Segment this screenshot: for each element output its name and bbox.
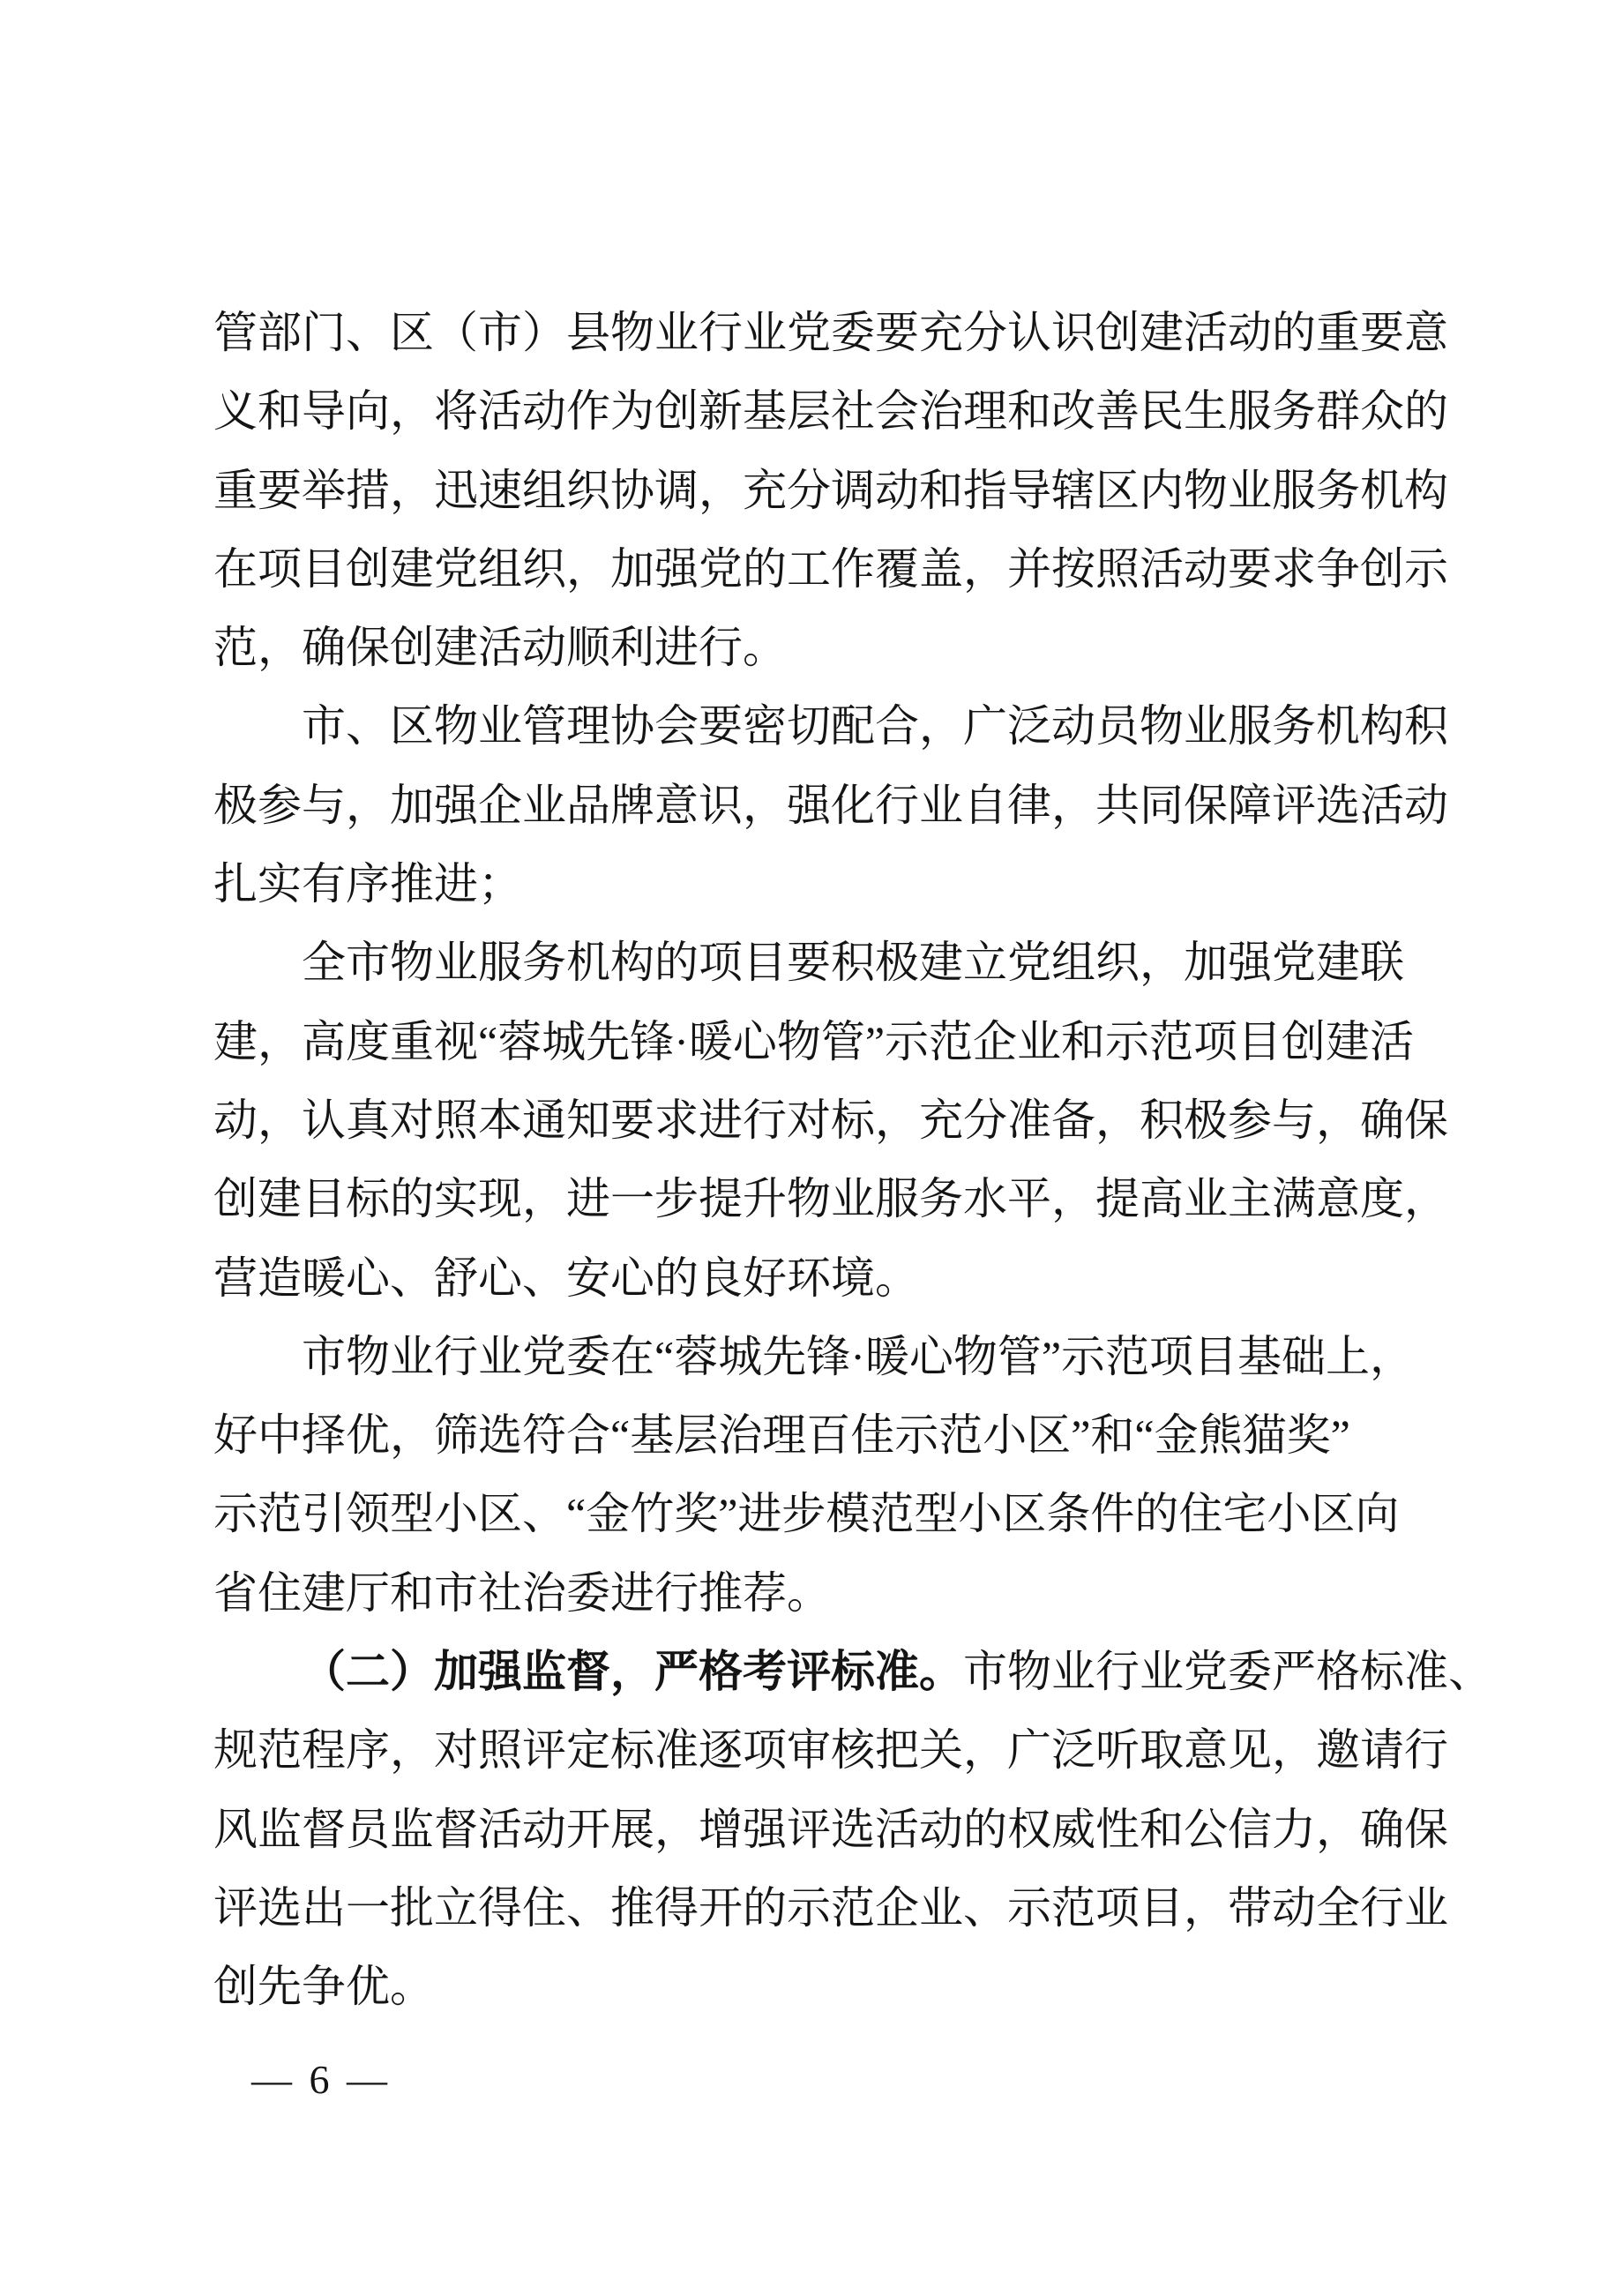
document-page: 管部门、区（市）县物业行业党委要充分认识创建活动的重要意义和导向，将活动作为创新… <box>0 0 1622 2296</box>
text-line: 示范引领型小区、“金竹奖”进步模范型小区条件的住宅小区向 <box>213 1475 1454 1553</box>
body-text: 市、区物业管理协会要密切配合，广泛动员物业服务机构积 <box>302 701 1448 751</box>
text-line: 规范程序，对照评定标准逐项审核把关，广泛听取意见，邀请行 <box>213 1711 1454 1790</box>
body-text: 建，高度重视“蓉城先锋·暖心物管”示范企业和示范项目创建活 <box>213 1017 1414 1066</box>
text-line: 动，认真对照本通知要求进行对标，充分准备，积极参与，确保 <box>213 1081 1454 1160</box>
body-text: 创先争优。 <box>213 1962 434 2011</box>
text-line: 在项目创建党组织，加强党的工作覆盖，并按照活动要求争创示 <box>213 530 1454 609</box>
text-line: 省住建厅和市社治委进行推荐。 <box>213 1554 1454 1633</box>
body-text: 重要举措，迅速组织协调，充分调动和指导辖区内物业服务机构 <box>213 466 1448 515</box>
body-text: 营造暖心、舒心、安心的良好环境。 <box>213 1253 919 1303</box>
body-text: 极参与，加强企业品牌意识，强化行业自律，共同保障评选活动 <box>213 781 1448 830</box>
text-line: 范，确保创建活动顺利进行。 <box>213 609 1454 687</box>
document-body: 管部门、区（市）县物业行业党委要充分认识创建活动的重要意义和导向，将活动作为创新… <box>213 294 1454 2027</box>
text-line: （二）加强监督，严格考评标准。市物业行业党委严格标准、 <box>213 1633 1454 1711</box>
body-text: 义和导向，将活动作为创新基层社会治理和改善民生服务群众的 <box>213 386 1448 436</box>
body-text: 扎实有序推进； <box>213 859 522 909</box>
body-text: 市物业行业党委严格标准、 <box>963 1647 1492 1696</box>
text-line: 义和导向，将活动作为创新基层社会治理和改善民生服务群众的 <box>213 372 1454 451</box>
body-text: 范，确保创建活动顺利进行。 <box>213 623 787 672</box>
text-line: 重要举措，迅速组织协调，充分调动和指导辖区内物业服务机构 <box>213 452 1454 530</box>
body-text: 管部门、区（市）县物业行业党委要充分认识创建活动的重要意 <box>213 308 1448 357</box>
text-line: 好中择优，筛选符合“基层治理百佳示范小区”和“金熊猫奖” <box>213 1396 1454 1475</box>
text-line: 市、区物业管理协会要密切配合，广泛动员物业服务机构积 <box>213 687 1454 766</box>
page-number: — 6 — <box>251 2057 391 2103</box>
emphasis-text: （二）加强监督，严格考评标准。 <box>302 1647 963 1696</box>
body-text: 示范引领型小区、“金竹奖”进步模范型小区条件的住宅小区向 <box>213 1489 1399 1538</box>
text-line: 扎实有序推进； <box>213 845 1454 924</box>
body-text: 全市物业服务机构的项目要积极建立党组织，加强党建联 <box>302 938 1404 987</box>
text-line: 管部门、区（市）县物业行业党委要充分认识创建活动的重要意 <box>213 294 1454 372</box>
text-line: 风监督员监督活动开展，增强评选活动的权威性和公信力，确保 <box>213 1791 1454 1869</box>
body-text: 在项目创建党组织，加强党的工作覆盖，并按照活动要求争创示 <box>213 544 1448 594</box>
text-line: 评选出一批立得住、推得开的示范企业、示范项目，带动全行业 <box>213 1869 1454 1948</box>
text-line: 创建目标的实现，进一步提升物业服务水平，提高业主满意度， <box>213 1160 1454 1238</box>
body-text: 市物业行业党委在“蓉城先锋·暖心物管”示范项目基础上， <box>302 1332 1414 1381</box>
text-line: 市物业行业党委在“蓉城先锋·暖心物管”示范项目基础上， <box>213 1318 1454 1396</box>
text-line: 极参与，加强企业品牌意识，强化行业自律，共同保障评选活动 <box>213 767 1454 845</box>
body-text: 规范程序，对照评定标准逐项审核把关，广泛听取意见，邀请行 <box>213 1725 1448 1775</box>
text-line: 全市物业服务机构的项目要积极建立党组织，加强党建联 <box>213 924 1454 1002</box>
text-line: 建，高度重视“蓉城先锋·暖心物管”示范企业和示范项目创建活 <box>213 1003 1454 1081</box>
body-text: 创建目标的实现，进一步提升物业服务水平，提高业主满意度， <box>213 1174 1448 1223</box>
body-text: 评选出一批立得住、推得开的示范企业、示范项目，带动全行业 <box>213 1883 1448 1933</box>
text-line: 营造暖心、舒心、安心的良好环境。 <box>213 1239 1454 1318</box>
text-line: 创先争优。 <box>213 1948 1454 2026</box>
body-text: 风监督员监督活动开展，增强评选活动的权威性和公信力，确保 <box>213 1805 1448 1854</box>
body-text: 好中择优，筛选符合“基层治理百佳示范小区”和“金熊猫奖” <box>213 1410 1350 1460</box>
body-text: 省住建厅和市社治委进行推荐。 <box>213 1568 831 1618</box>
body-text: 动，认真对照本通知要求进行对标，充分准备，积极参与，确保 <box>213 1096 1448 1145</box>
